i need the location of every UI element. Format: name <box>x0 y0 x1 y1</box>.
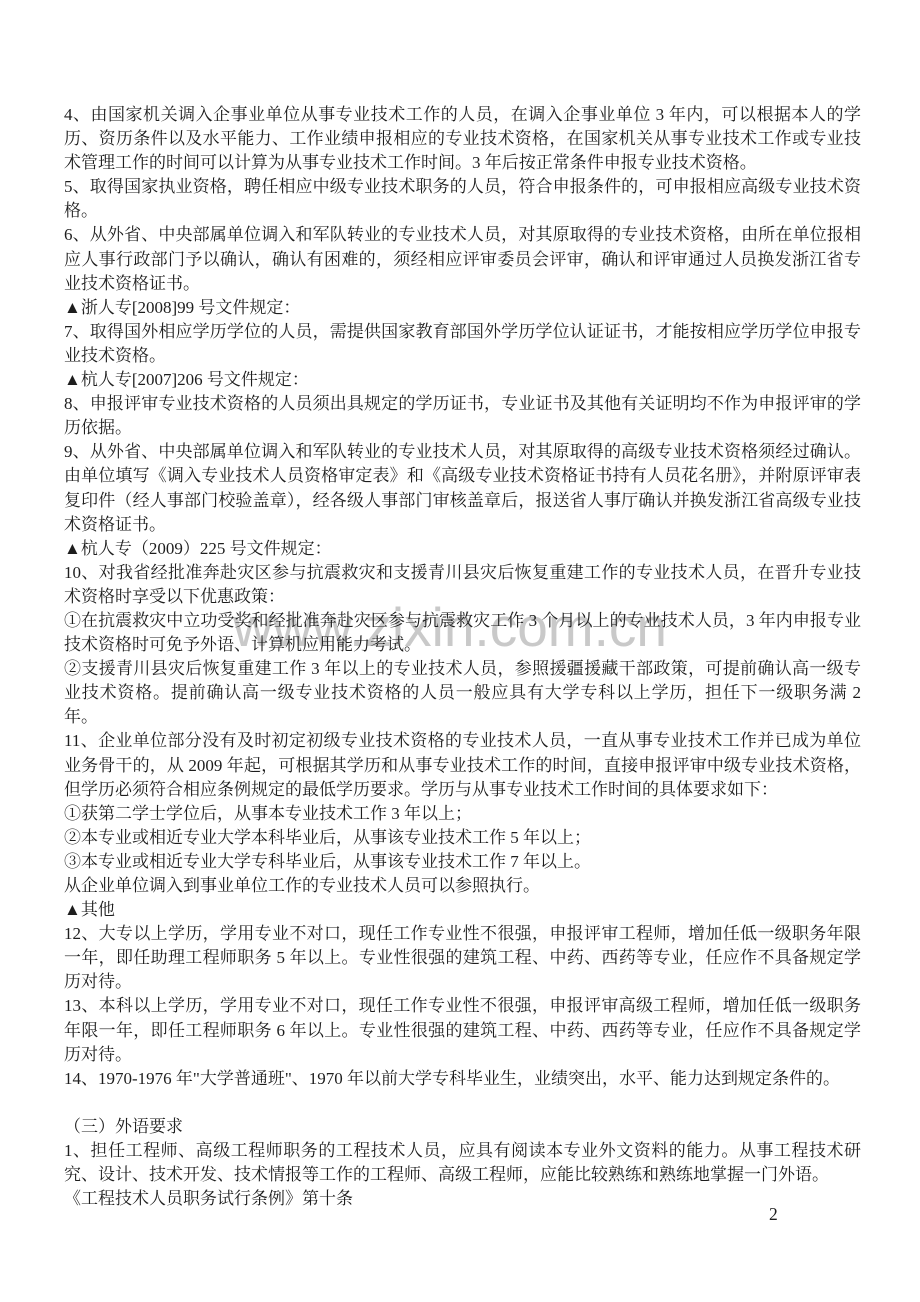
paragraph-item-5: 5、取得国家执业资格，聘任相应中级专业技术职务的人员，符合申报条件的，可申报相应… <box>64 175 861 223</box>
note-hangren-2009-225: ▲杭人专（2009）225 号文件规定： <box>64 537 861 561</box>
paragraph-item-9: 9、从外省、中央部属单位调入和军队转业的专业技术人员，对其原取得的高级专业技术资… <box>64 440 861 536</box>
page-number: 2 <box>769 1204 778 1225</box>
paragraph-item-11-sub-1: ①获第二学士学位后，从事本专业技术工作 3 年以上； <box>64 802 861 826</box>
paragraph-citation: 《工程技术人员职务试行条例》第十条 <box>64 1187 861 1211</box>
paragraph-item-10-sub-1: ①在抗震救灾中立功受奖和经批准奔赴灾区参与抗震救灾工作 3 个月以上的专业技术人… <box>64 609 861 657</box>
paragraph-item-10-sub-2: ②支援青川县灾后恢复重建工作 3 年以上的专业技术人员，参照援疆援藏干部政策，可… <box>64 657 861 729</box>
document-page: www.zixin.com.cn 4、由国家机关调入企事业单位从事专业技术工作的… <box>0 0 920 1302</box>
paragraph-item-6: 6、从外省、中央部属单位调入和军队转业的专业技术人员，对其原取得的专业技术资格，… <box>64 223 861 295</box>
paragraph-item-11-sub-3: ③本专业或相近专业大学专科毕业后，从事该专业技术工作 7 年以上。 <box>64 850 861 874</box>
paragraph-item-14: 14、1970-1976 年"大学普通班"、1970 年以前大学专科毕业生，业绩… <box>64 1067 861 1091</box>
paragraph-item-12: 12、大专以上学历，学用专业不对口，现任工作专业性不很强，申报评审工程师，增加任… <box>64 922 861 994</box>
section-heading-foreign-language: （三）外语要求 <box>64 1115 861 1139</box>
paragraph-item-8: 8、申报评审专业技术资格的人员须出具规定的学历证书，专业证书及其他有关证明均不作… <box>64 392 861 440</box>
paragraph-item-7: 7、取得国外相应学历学位的人员，需提供国家教育部国外学历学位认证证书，才能按相应… <box>64 320 861 368</box>
note-hangren-2007-206: ▲杭人专[2007]206 号文件规定： <box>64 368 861 392</box>
paragraph-item-11-sub-2: ②本专业或相近专业大学本科毕业后，从事该专业技术工作 5 年以上； <box>64 826 861 850</box>
note-zheren-2008-99: ▲浙人专[2008]99 号文件规定： <box>64 296 861 320</box>
document-body: 4、由国家机关调入企事业单位从事专业技术工作的人员，在调入企事业单位 3 年内，… <box>64 103 861 1211</box>
paragraph-foreign-language-item-1: 1、担任工程师、高级工程师职务的工程技术人员，应具有阅读本专业外文资料的能力。从… <box>64 1139 861 1187</box>
note-other: ▲其他 <box>64 898 861 922</box>
paragraph-item-4: 4、由国家机关调入企事业单位从事专业技术工作的人员，在调入企事业单位 3 年内，… <box>64 103 861 175</box>
paragraph-item-11: 11、企业单位部分没有及时初定初级专业技术资格的专业技术人员，一直从事专业技术工… <box>64 729 861 801</box>
paragraph-item-11-note: 从企业单位调入到事业单位工作的专业技术人员可以参照执行。 <box>64 874 861 898</box>
paragraph-item-13: 13、本科以上学历，学用专业不对口，现任工作专业性不很强，申报评审高级工程师，增… <box>64 994 861 1066</box>
paragraph-item-10: 10、对我省经批准奔赴灾区参与抗震救灾和支援青川县灾后恢复重建工作的专业技术人员… <box>64 561 861 609</box>
